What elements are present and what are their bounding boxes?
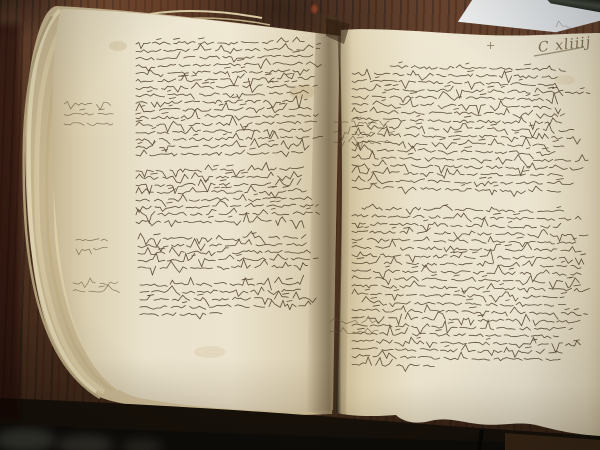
page-stain: [555, 75, 575, 85]
page-stain: [109, 41, 127, 51]
photo-of-manuscript: C xliiij +: [0, 0, 600, 450]
left-edge-shadow: [0, 24, 20, 420]
right-page-shading: [330, 20, 600, 450]
handwriting-lines: [556, 21, 581, 28]
cross-mark: +: [486, 39, 495, 52]
open-book: C xliiij +: [0, 0, 600, 450]
page-stain: [194, 346, 226, 358]
